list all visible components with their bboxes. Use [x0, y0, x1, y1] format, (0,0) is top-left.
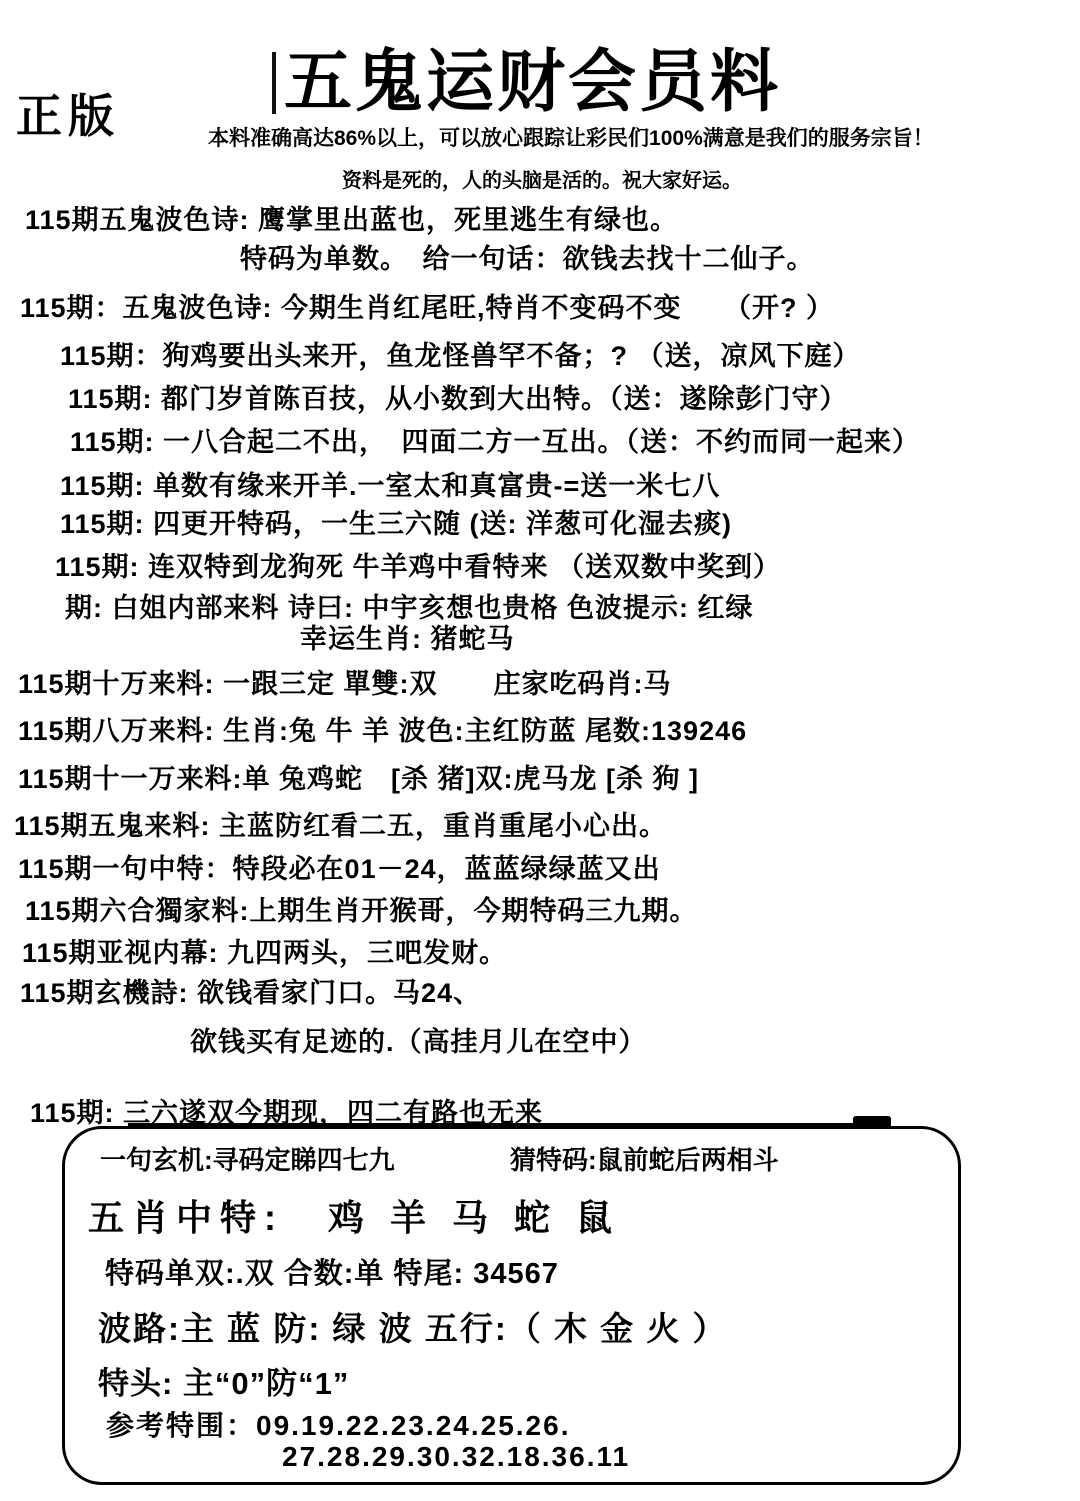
tip-line: 幸运生肖: 猪蛇马	[300, 617, 515, 656]
parity-sum-tail-line: 特码单双:.双 合数:单 特尾: 34567	[105, 1251, 559, 1292]
tip-line: 115期：五鬼波色诗: 今期生肖红尾旺,特肖不变码不变 （开? ）	[20, 286, 834, 325]
tip-line: 115期八万来料: 生肖:兔 牛 羊 波色:主红防蓝 尾数:139246	[18, 709, 747, 748]
ink-blob-artifact	[853, 1116, 891, 1128]
edition-label: 正版	[16, 80, 120, 146]
tip-line: 115期六合獨家料:上期生肖开猴哥，今期特码三九期。	[25, 889, 698, 928]
tip-line: 115期: 都门岁首陈百技，从小数到大出特。（送：遂除彭门守）	[68, 377, 848, 416]
motto-line: 资料是死的，人的头脑是活的。祝大家好运。	[342, 164, 742, 193]
tip-line: 特码为单数。 给一句话：欲钱去找十二仙子。	[240, 237, 815, 276]
tip-line: 115期: 连双特到龙狗死 牛羊鸡中看特来 （送双数中奖到）	[55, 545, 781, 584]
box-top-rule	[128, 1123, 875, 1129]
accuracy-tagline: 本料准确高达86%以上，可以放心跟踪让彩民们100%满意是我们的服务宗旨！	[208, 122, 934, 152]
tip-line: 115期五鬼来料: 主蓝防红看二五，重肖重尾小心出。	[14, 804, 667, 843]
tip-line: 115期: 四更开特码，一生三六随 (送: 洋葱可化湿去痰)	[60, 502, 732, 541]
lottery-tip-sheet: 正版 五鬼运财会员料 本料准确高达86%以上，可以放心跟踪让彩民们100%满意是…	[0, 0, 1080, 1501]
mystery-phrase: 一句玄机:寻码定睇四七九	[100, 1140, 395, 1177]
tip-line: 115期：狗鸡要出头来开，鱼龙怪兽罕不备；? （送，凉风下庭）	[60, 334, 861, 373]
tip-line: 115期十一万来料:单 兔鸡蛇 [杀 猪]双:虎马龙 [杀 狗 ]	[18, 757, 699, 796]
special-head-line: 特头: 主“0”防“1”	[98, 1358, 349, 1403]
tip-line: 115期玄機詩: 欲钱看家门口。马24、	[20, 971, 481, 1010]
tip-line: 115期十万来料: 一跟三定 單雙:双 庄家吃码肖:马	[18, 662, 672, 701]
five-zodiac-line: 五肖中特: 鸡 羊 马 蛇 鼠	[88, 1190, 620, 1241]
tip-line: 115期五鬼波色诗: 鹰掌里出蓝也，死里逃生有绿也。	[25, 198, 678, 237]
wave-elements-line: 波路:主 蓝 防: 绿 波 五行:（ 木 金 火 ）	[98, 1303, 727, 1350]
title-scan-artifact	[272, 52, 276, 114]
tip-line: 115期: 一八合起二不出， 四面二方一互出。（送：不约而同一起来）	[70, 420, 920, 459]
tip-line: 欲钱买有足迹的.（高挂月儿在空中）	[190, 1020, 647, 1059]
guess-special-phrase: 猜特码:鼠前蛇后两相斗	[510, 1140, 779, 1177]
tip-line: 115期: 单数有缘来开羊.一室太和真富贵-=送一米七八	[60, 464, 720, 503]
tip-line: 115期亚视内幕: 九四两头，三吧发财。	[22, 931, 507, 970]
reference-numbers-row1: 参考特围：09.19.22.23.24.25.26.	[106, 1404, 570, 1444]
reference-numbers-row2: 27.28.29.30.32.18.36.11	[282, 1441, 630, 1473]
page-title: 五鬼运财会员料	[284, 28, 781, 125]
tip-line: 115期一句中特：特段必在01－24，蓝蓝绿绿蓝又出	[18, 847, 661, 886]
